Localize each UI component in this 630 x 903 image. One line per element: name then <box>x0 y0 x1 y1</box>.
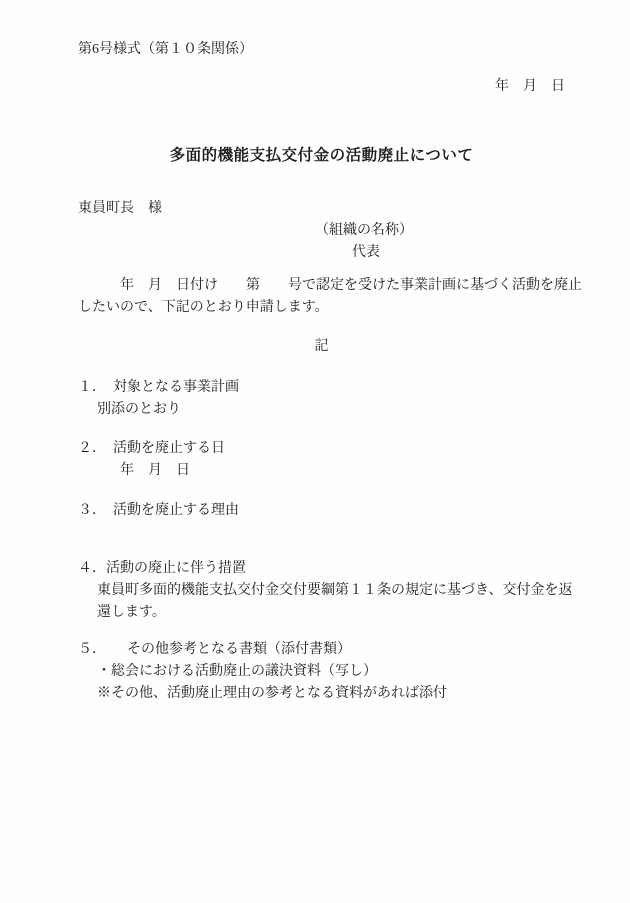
item-5-heading: ５． その他参考となる書類（添付書類） <box>78 639 565 661</box>
form-number: 第6号様式（第１０条関係） <box>78 39 565 61</box>
date-line: 年 月 日 <box>78 76 565 98</box>
item-2-heading: ２． 活動を廃止する日 <box>78 438 565 460</box>
item-3-heading: ３． 活動を廃止する理由 <box>78 500 565 522</box>
item-2-date-placeholder: 年 月 日 <box>120 460 565 482</box>
item-4-body-line-1: 東員町多面的機能支払交付金交付要綱第１１条の規定に基づき、交付金を返 <box>97 580 565 602</box>
item-4-body-line-2: 還します。 <box>97 602 565 624</box>
item-5-attachment-bullet: ・総会における活動廃止の議決資料（写し） <box>97 661 565 683</box>
intro-paragraph-line-2: したいので、下記のとおり申請します。 <box>78 297 565 319</box>
page-title: 多面的機能支払交付金の活動廃止について <box>78 144 565 168</box>
organization-name-label: （組織の名称） <box>315 220 565 242</box>
intro-paragraph-line-1: 年 月 日付け 第 号で認定を受けた事業計画に基づく活動を廃止 <box>78 275 565 297</box>
item-4-heading: ４．活動の廃止に伴う措置 <box>78 558 565 580</box>
addressee-line: 東員町長 様 <box>78 198 565 220</box>
document-page: 第6号様式（第１０条関係） 年 月 日 多面的機能支払交付金の活動廃止について … <box>0 0 630 903</box>
item-1-body: 別添のとおり <box>97 399 565 421</box>
representative-label: 代表 <box>352 242 565 264</box>
item-5-attachment-note: ※その他、活動廃止理由の参考となる資料があれば添付 <box>97 683 565 705</box>
item-1-heading: １． 対象となる事業計画 <box>78 377 565 399</box>
record-marker: 記 <box>78 336 565 358</box>
